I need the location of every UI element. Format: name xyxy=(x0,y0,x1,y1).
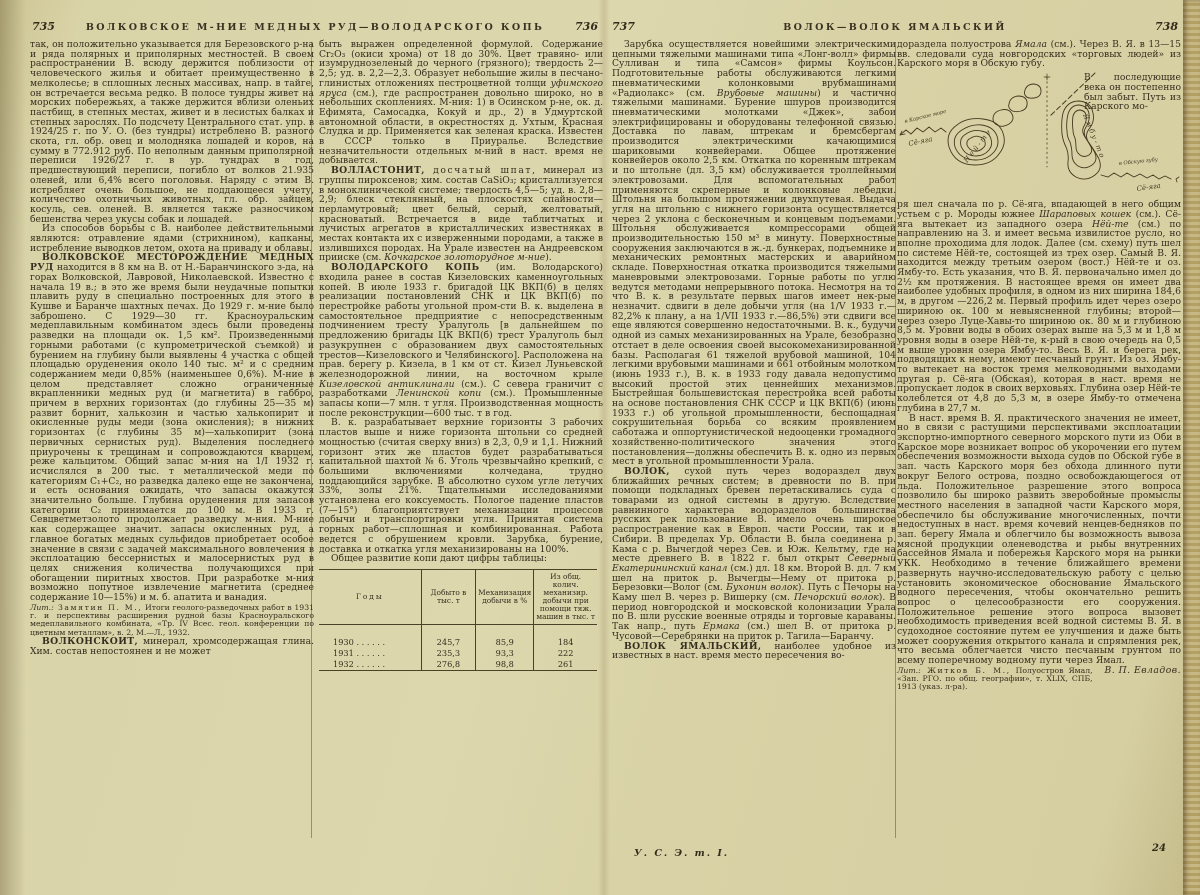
table-cell: 261 xyxy=(534,659,597,671)
production-table: ГодыДобыто в тыс. тМеханизация добычи в … xyxy=(319,569,597,671)
map-label-to-kara-sea: в Карское море xyxy=(904,109,947,125)
volk-control-paragraph: Из способов борьбы с В. наиболее действи… xyxy=(30,224,314,253)
running-title-left: ВОЛКОВСКОЕ М-НИЕ МЕДНЫХ РУД—ВОЛОДАРСКОГО… xyxy=(55,22,575,33)
page-number-left: 737 xyxy=(612,20,635,33)
page-block-edge xyxy=(1183,0,1200,895)
map-label-seyaga-west: Сё-яга xyxy=(908,135,933,148)
entry-volodarskogo-kop: ВОЛОДАРСКОГО КОПЬ (им. Володарского) вхо… xyxy=(319,263,603,418)
page-number-right: 736 xyxy=(575,20,598,33)
volodarskogo-machinery-paragraph: Зарубка осуществляется новейшими электри… xyxy=(612,40,896,467)
text-beside-map: В последующие века он постепенно был заб… xyxy=(1084,73,1181,112)
table-header: Из общ. колич. механизир. добычи при пом… xyxy=(534,569,597,624)
table-cell: 1931 . . . . . . xyxy=(319,648,421,659)
volok-yamalsky-significance-paragraph: В наст. время В. Я. практического значен… xyxy=(897,414,1181,666)
volk-continuation-paragraph: так, он положительно указывается для Бер… xyxy=(30,40,314,224)
column-1: так, он положительно указывается для Бер… xyxy=(30,40,314,656)
column-4: дораздела полуострова Ямала (см.). Через… xyxy=(897,40,1181,692)
yamal-portage-map-figure: в Карское море Сё-яга Н е й - т е Я м б … xyxy=(897,71,1181,199)
table-row: 1931 . . . . . .235,393,3222 xyxy=(319,648,597,659)
running-head-right-page: 737 ВОЛОК—ВОЛОК ЯМАЛЬСКИЙ 738 xyxy=(612,20,1178,36)
table-cell: 85,9 xyxy=(476,637,534,648)
entry-volok: ВОЛОК, сухой путь через водораздел двух … xyxy=(612,467,896,642)
page-number-left: 735 xyxy=(32,20,55,33)
running-title-right: ВОЛОК—ВОЛОК ЯМАЛЬСКИЙ xyxy=(635,22,1155,33)
table-cell: 1930 . . . . . . xyxy=(319,637,421,648)
table-cell: 235,3 xyxy=(421,648,476,659)
table-intro-line: Общее развитие копи дают цифры таблицы: xyxy=(319,554,603,564)
river-seyaga-west xyxy=(900,127,946,135)
entry-volok-yamalsky: ВОЛОК ЯМАЛЬСКИЙ, наиболее удобное из изв… xyxy=(612,642,896,661)
table-cell: 245,7 xyxy=(421,637,476,648)
table-cell: 184 xyxy=(534,637,597,648)
table-row: 1930 . . . . . .245,785,9184 xyxy=(319,637,597,648)
volkonskoit-continuation: быть выражен определенной формулой. Соде… xyxy=(319,40,603,166)
book-spread: 735 ВОЛКОВСКОЕ М-НИЕ МЕДНЫХ РУД—ВОЛОДАРС… xyxy=(0,0,1200,895)
table-cell: 1932 . . . . . . xyxy=(319,659,421,671)
sheet-number: 24 xyxy=(1152,843,1166,854)
volume-signature: У. С. Э. т. I. xyxy=(634,848,729,859)
map-label-seyaga-east: Сё-яга xyxy=(1136,182,1161,193)
table-cell: 98,8 xyxy=(476,659,534,671)
page-number-right: 738 xyxy=(1155,20,1178,33)
entry-vollastonit: ВОЛЛАСТОНИТ, досчатый шпат, минерал из г… xyxy=(319,166,603,263)
table-cell: 276,8 xyxy=(421,659,476,671)
running-head-left-page: 735 ВОЛКОВСКОЕ М-НИЕ МЕДНЫХ РУД—ВОЛОДАРС… xyxy=(32,20,598,36)
volok-yamalsky-route-paragraph: ря шел сначала по р. Сё-яга, впадающей в… xyxy=(897,200,1181,413)
table-header: Добыто в тыс. т xyxy=(421,569,476,624)
map-label-to-ob-bay: в Обскую губу xyxy=(1118,156,1158,167)
literature-note: Лит.: Замятин П. М., Итоги геолого-разве… xyxy=(30,604,314,637)
table-header: Механизация добычи в % xyxy=(476,569,534,624)
table-row: 1932 . . . . . .276,898,8261 xyxy=(319,659,597,671)
table-header: Годы xyxy=(319,569,421,624)
text-beside-map: В последующие века он постепенно был заб… xyxy=(1084,73,1181,112)
entry-volkonskoit: ВОЛКОНСКОИТ, минерал, хромсодержащая гли… xyxy=(30,637,314,656)
column-3: Зарубка осуществляется новейшими электри… xyxy=(612,40,896,661)
volodarskogo-seams-paragraph: В. к. разрабатывает верхние горизонты 3 … xyxy=(319,418,603,554)
entry-volkovskoe-mestorozhdenie: ВОЛКОВСКОЕ МЕСТОРОЖДЕНИЕ МЕДНЫХ РУД нахо… xyxy=(30,253,314,602)
volok-yamalsky-continuation: дораздела полуострова Ямала (см.). Через… xyxy=(897,40,1181,69)
column-2: быть выражен определенной формулой. Соде… xyxy=(319,40,603,671)
table-cell: 93,3 xyxy=(476,648,534,659)
table-cell: 222 xyxy=(534,648,597,659)
